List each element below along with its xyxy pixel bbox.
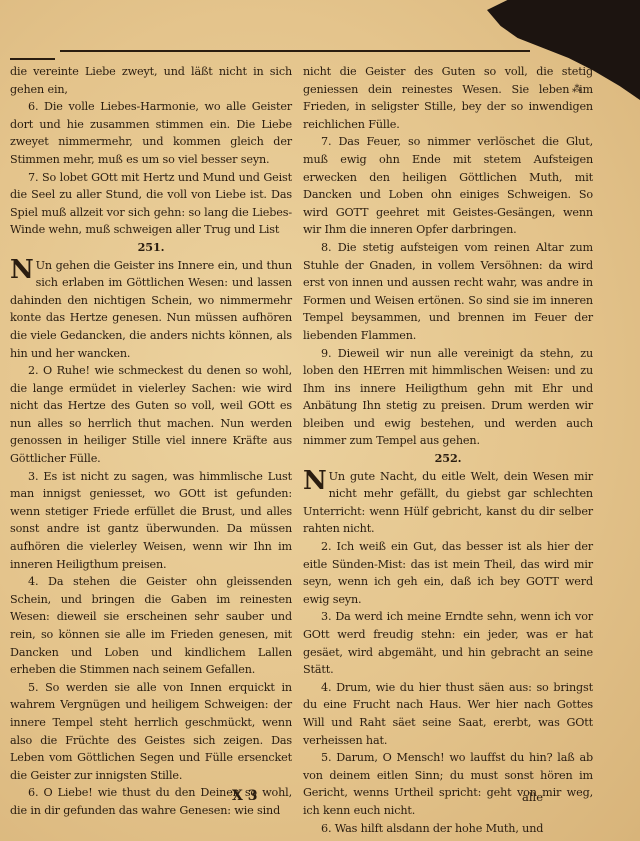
right-column: nicht die Geister des Guten so voll, die… (303, 63, 593, 837)
verse: 8. Die stetig aufsteigen vom reinen Alta… (303, 239, 593, 345)
verse: 5. So werden sie alle von Innen erquickt… (10, 679, 292, 785)
left-column: die vereinte Liebe zweyt, und läßt nicht… (10, 63, 292, 820)
verse: 3. Es ist nicht zu sagen, was himmlische… (10, 468, 292, 574)
scanned-hymnal-page: ⁂ die vereinte Liebe zweyt, und läßt nic… (0, 0, 640, 841)
verse: 9. Dieweil wir nun alle vereinigt da ste… (303, 345, 593, 451)
verse: 4. Da stehen die Geister ohn gleissenden… (10, 573, 292, 679)
hymn-number: 251. (10, 239, 292, 257)
verse: 4. Drum, wie du hier thust säen aus: so … (303, 679, 593, 749)
verse: 7. Das Feuer, so nimmer verlöschet die G… (303, 133, 593, 239)
signature-mark: X 3 (232, 788, 257, 804)
verse: 2. O Ruhe! wie schmeckest du denen so wo… (10, 362, 292, 468)
verse: 5. Darum, O Mensch! wo lauffst du hin? l… (303, 749, 593, 819)
verse: 7. So lobet GOtt mit Hertz und Mund und … (10, 169, 292, 239)
header-rule-short (10, 58, 55, 60)
verse-continuation: nicht die Geister des Guten so voll, die… (303, 63, 593, 133)
hymn-first-verse: NUn gute Nacht, du eitle Welt, dein Wese… (303, 468, 593, 538)
verse-continuation: die vereinte Liebe zweyt, und läßt nicht… (10, 63, 292, 98)
verse: 3. Da werd ich meine Erndte sehn, wenn i… (303, 608, 593, 678)
hymn-first-verse: NUn gehen die Geister ins Innere ein, un… (10, 257, 292, 363)
verse: 6. Was hilft alsdann der hohe Muth, und (303, 820, 593, 838)
verse: 2. Ich weiß ein Gut, das besser ist als … (303, 538, 593, 608)
catchword: alle (522, 790, 543, 804)
hymn-number: 252. (303, 450, 593, 468)
verse: 6. Die volle Liebes-Harmonie, wo alle Ge… (10, 98, 292, 168)
header-rule (60, 50, 530, 52)
